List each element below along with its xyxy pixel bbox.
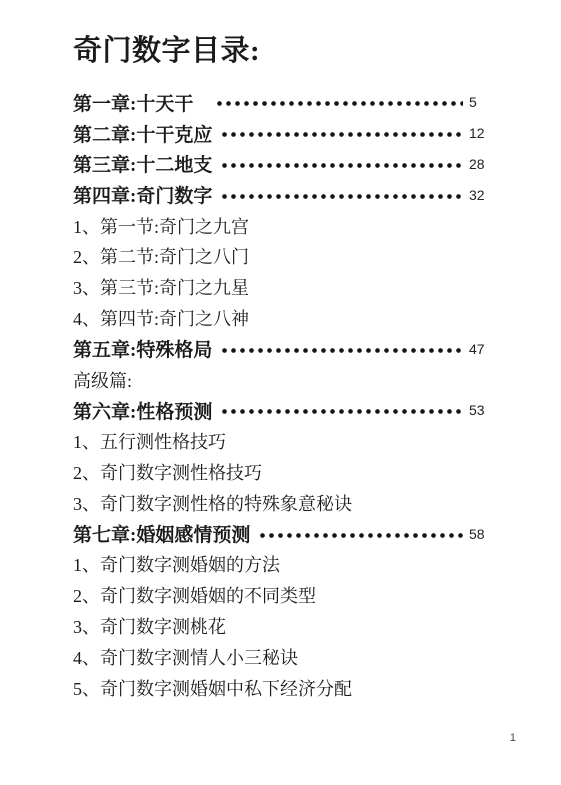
toc-row-chapter[interactable]: 第三章:十二地支 28: [73, 149, 489, 180]
dot-leader: [258, 531, 463, 540]
toc-entry-label: 3、第三节:奇门之九星: [73, 274, 249, 300]
toc-entry-label: 第六章:性格预测: [73, 397, 212, 424]
toc-entry-label: 第一章:十天干: [73, 89, 193, 116]
toc-row-chapter[interactable]: 第二章:十干克应 12: [73, 118, 489, 149]
toc-row-chapter[interactable]: 第五章:特殊格局 47: [73, 333, 489, 364]
toc-entry-label: 4、第四节:奇门之八神: [73, 305, 249, 331]
toc-row-chapter[interactable]: 第一章:十天干 5: [73, 87, 489, 118]
toc-page-number: 12: [469, 125, 489, 141]
toc-entry-label: 1、奇门数字测婚姻的方法: [73, 551, 280, 577]
footer-page-number: 1: [510, 732, 516, 744]
toc-page-number: 58: [469, 526, 489, 542]
toc-entry-label: 2、第二节:奇门之八门: [73, 243, 249, 269]
toc-entry-label: 4、奇门数字测情人小三秘诀: [73, 644, 298, 670]
toc-row-sub[interactable]: 2、奇门数字测性格技巧: [73, 457, 489, 488]
toc-row-sub[interactable]: 1、第一节:奇门之九宫: [73, 210, 489, 241]
toc-entry-label: 第七章:婚姻感情预测: [73, 520, 250, 547]
toc-page-number: 28: [469, 156, 489, 172]
toc-row-sub[interactable]: 2、奇门数字测婚姻的不同类型: [73, 580, 489, 611]
dot-leader: [215, 99, 463, 108]
toc-row-chapter[interactable]: 第七章:婚姻感情预测 58: [73, 518, 489, 549]
toc-row-sub[interactable]: 4、奇门数字测情人小三秘诀: [73, 641, 489, 672]
toc-entry-label: 3、奇门数字测桃花: [73, 613, 226, 639]
dot-leader: [220, 346, 463, 355]
toc-row-plain[interactable]: 高级篇:: [73, 364, 489, 395]
toc-row-chapter[interactable]: 第六章:性格预测 53: [73, 395, 489, 426]
toc-page-number: 47: [469, 341, 489, 357]
document-page: 奇门数字目录: 第一章:十天干 5 第二章:十干克应 12 第三章:十二地支 2…: [0, 0, 561, 785]
toc-entry-label: 第二章:十干克应: [73, 120, 212, 147]
toc-entry-label: 3、奇门数字测性格的特殊象意秘诀: [73, 490, 352, 516]
dot-leader: [220, 161, 463, 170]
toc-row-sub[interactable]: 1、五行测性格技巧: [73, 426, 489, 457]
page-title: 奇门数字目录:: [73, 34, 489, 69]
toc-entry-label: 1、第一节:奇门之九宫: [73, 213, 249, 239]
toc-list: 第一章:十天干 5 第二章:十干克应 12 第三章:十二地支 28 第四章:奇门…: [73, 87, 489, 703]
toc-entry-label: 第四章:奇门数字: [73, 181, 212, 208]
toc-page-number: 5: [469, 94, 489, 110]
toc-entry-label: 2、奇门数字测性格技巧: [73, 459, 262, 485]
toc-row-sub[interactable]: 3、奇门数字测桃花: [73, 611, 489, 642]
toc-entry-label: 高级篇:: [73, 367, 132, 393]
toc-row-sub[interactable]: 3、第三节:奇门之九星: [73, 272, 489, 303]
toc-row-sub[interactable]: 1、奇门数字测婚姻的方法: [73, 549, 489, 580]
toc-row-sub[interactable]: 5、奇门数字测婚姻中私下经济分配: [73, 672, 489, 703]
dot-leader: [220, 407, 463, 416]
toc-row-sub[interactable]: 3、奇门数字测性格的特殊象意秘诀: [73, 487, 489, 518]
toc-page-number: 53: [469, 402, 489, 418]
toc-row-chapter[interactable]: 第四章:奇门数字 32: [73, 179, 489, 210]
toc-entry-label: 1、五行测性格技巧: [73, 428, 226, 454]
toc-entry-label: 第五章:特殊格局: [73, 335, 212, 362]
toc-page-number: 32: [469, 187, 489, 203]
dot-leader: [220, 192, 463, 201]
toc-entry-label: 2、奇门数字测婚姻的不同类型: [73, 582, 316, 608]
toc-entry-label: 第三章:十二地支: [73, 150, 212, 177]
toc-entry-label: 5、奇门数字测婚姻中私下经济分配: [73, 675, 352, 701]
toc-row-sub[interactable]: 2、第二节:奇门之八门: [73, 241, 489, 272]
dot-leader: [220, 130, 463, 139]
toc-row-sub[interactable]: 4、第四节:奇门之八神: [73, 303, 489, 334]
